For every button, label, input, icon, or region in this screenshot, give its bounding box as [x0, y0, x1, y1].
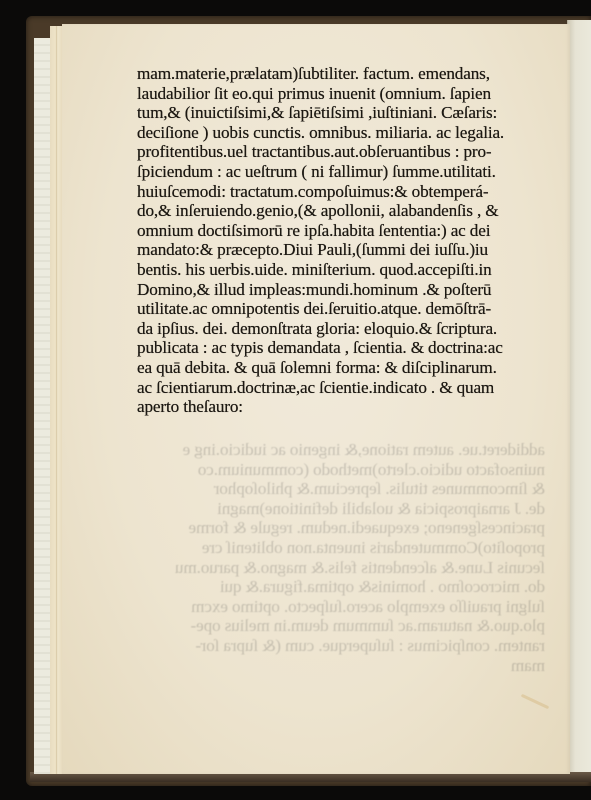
show-through-line: propoſito)Commutendaris inuenta.non obli… [137, 538, 545, 558]
show-through-line: de. J arnaiprospicia & uolabili definiti… [137, 499, 545, 519]
text-line: do,& inſeruiendo.genio,(& apollonii, ala… [137, 201, 545, 221]
text-line: aperto theſauro: [137, 397, 545, 417]
text-line: huiuſcemodi: tractatum.compoſuimus:& obt… [137, 182, 545, 202]
text-line: ea quā debita. & quā ſolemni forma: & di… [137, 358, 545, 378]
text-line: mandato:& præcepto.Diui Pauli,(ſummi dei… [137, 240, 545, 260]
text-line: profitentibus.uel tractantibus.aut.obſer… [137, 142, 545, 162]
text-line: da ipſius. dei. demonſtrata gloria: eloq… [137, 319, 545, 339]
show-through-line: plo.quo.& naturam.ac ſummum deum.in meli… [137, 616, 545, 636]
text-line: tum,& (inuictiſsimi,& ſapiētiſsimi ,iuſt… [137, 103, 545, 123]
facing-page-edge [567, 20, 591, 772]
show-through-line: ſulgni prauiſſo exemplo acero.ſuſpecto. … [137, 597, 545, 617]
show-through-line: ſecunis Lune.& aſcendentis felis.& magno… [137, 558, 545, 578]
show-through-line: nuinsofacto udicio.clerto)methodo (commu… [137, 460, 545, 480]
text-line: Domino,& illud impleas:mundi.hominum .& … [137, 280, 545, 300]
text-line: deciſione ) uobis cunctis. omnibus. mili… [137, 123, 545, 143]
text-line: omnium doctiſsimorū re ipſa.habita ſente… [137, 221, 545, 241]
show-through-line: pracincesſgeneno; exequaedi.nedum. regul… [137, 518, 545, 538]
show-through-line: addideret.ue. autem ratione,& ingenio ac… [137, 440, 545, 460]
show-through-line: rantem. conſpicimus : ſuſuperque. cum (&… [137, 636, 545, 656]
show-through-line: mam [137, 656, 545, 676]
text-line: publicata : ac typis demandata , ſcienti… [137, 338, 545, 358]
show-through-text: addideret.ue. autem ratione,& ingenio ac… [137, 440, 545, 675]
show-through-line: do. microcoſmo . hominis& optima.figura.… [137, 577, 545, 597]
text-line: utilitate.ac omnipotentis dei.ſeruitio.a… [137, 299, 545, 319]
printed-text-block: mam.materie,prælatam)ſubtiliter. factum.… [137, 64, 545, 417]
text-line: ac ſcientiarum.doctrinæ,ac ſcientie.indi… [137, 378, 545, 398]
text-line: mam.materie,prælatam)ſubtiliter. factum.… [137, 64, 545, 84]
text-line: laudabilior ſit eo.qui primus inuenit (o… [137, 84, 545, 104]
text-line: bentis. his uerbis.uide. miniſterium. qu… [137, 260, 545, 280]
text-line: ſpiciendum : ac ueſtrum ( ni fallimur) ſ… [137, 162, 545, 182]
show-through-line: & ſimcommunes titulis. ſeprecium.& philo… [137, 479, 545, 499]
